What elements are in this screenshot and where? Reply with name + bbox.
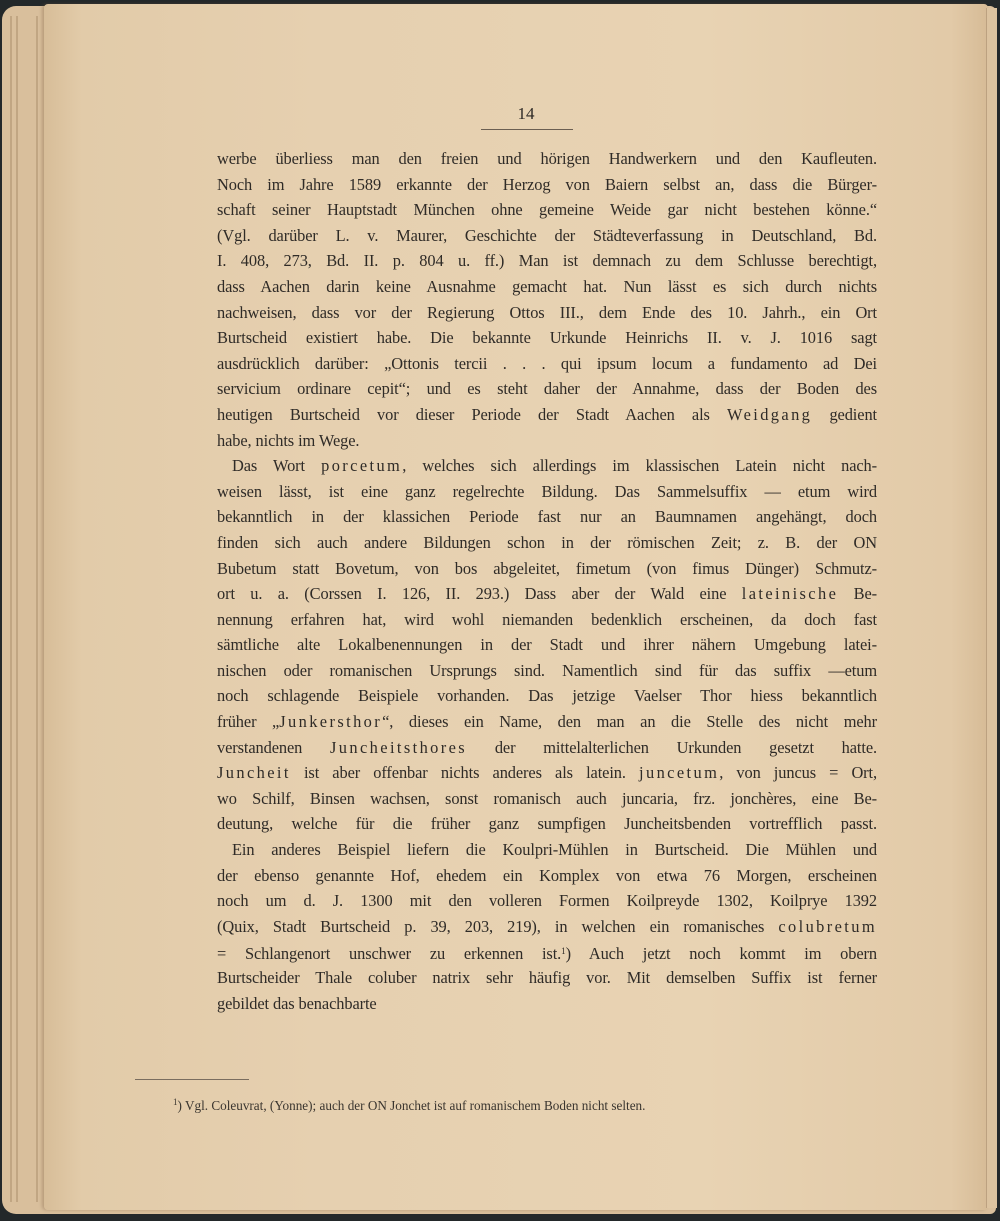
text-line: noch schlagende Beispiele vorhanden. Das… [217,683,877,709]
text-line: nachweisen, dass vor der Regierung Ottos… [217,300,877,326]
text-line: Noch im Jahre 1589 erkannte der Herzog v… [217,172,877,198]
spaced-word: Junkersthor [279,712,382,731]
text-line: deutung, welche für die früher ganz sump… [217,811,877,837]
text-line: werbe überliess man den freien und hörig… [217,146,877,172]
text-line: finden sich auch andere Bildungen schon … [217,530,877,556]
text-segment: ort u. a. (Corssen I. 126, II. 293.) Das… [217,584,726,603]
spaced-word: juncetum [639,763,719,782]
text-line: der ebenso genannte Hof, ehedem ein Komp… [217,863,877,889]
text-line: servicium ordinare cepit“; und es steht … [217,376,877,402]
text-line: ausdrücklich darüber: „Ottonis tercii . … [217,351,877,377]
text-segment: gedient [812,405,877,424]
paragraph-start: Das Wort porcetum, welches sich allerdin… [217,453,877,479]
text-segment: = Schlangenort unschwer zu erkennen ist. [217,944,561,963]
text-line: I. 408, 273, Bd. II. p. 804 u. ff.) Man … [217,248,877,274]
text-line: Burtscheid existiert habe. Die bekannte … [217,325,877,351]
text-line: ort u. a. (Corssen I. 126, II. 293.) Das… [217,581,877,607]
text-line: schaft seiner Hauptstadt München ohne ge… [217,197,877,223]
page-edge [10,16,12,1202]
text-segment: verstandenen [217,738,302,757]
text-line: dass Aachen darin keine Ausnahme gemacht… [217,274,877,300]
spaced-word: porcetum [321,456,402,475]
text-segment: ) Auch jetzt noch kommt im obern [566,944,877,963]
text-line: gebildet das benachbarte [217,991,877,1017]
text-line: verstandenen Juncheitsthores der mittela… [217,735,877,761]
page-number-rule [481,129,573,130]
page-edge [36,16,38,1202]
text-segment: , von juncus = Ort, [719,763,877,782]
text-line: (Vgl. darüber L. v. Maurer, Geschichte d… [217,223,877,249]
text-segment: “, dieses ein Name, den man an die Stell… [382,712,877,731]
text-line: Burtscheider Thale coluber natrix sehr h… [217,965,877,991]
spaced-word: lateinische [742,584,838,603]
text-line: heutigen Burtscheid vor dieser Periode d… [217,402,877,428]
footnote-rule [135,1079,249,1080]
text-line: nischen oder romanischen Ursprungs sind.… [217,658,877,684]
text-line: noch um d. J. 1300 mit den volleren Form… [217,888,877,914]
text-line: Juncheit ist aber offenbar nichts andere… [217,760,877,786]
text-segment: Be- [838,584,877,603]
text-segment: heutigen Burtscheid vor dieser Periode d… [217,405,710,424]
text-segment: , welches sich allerdings im klassischen… [402,456,877,475]
page-edge [16,16,18,1202]
spaced-word: Juncheit [217,763,291,782]
spaced-word: colubretum [778,917,877,936]
text-line: wo Schilf, Binsen wachsen, sonst romanis… [217,786,877,812]
text-segment: (Quix, Stadt Burtscheid p. 39, 203, 219)… [217,917,764,936]
text-segment: Das Wort [232,456,305,475]
text-segment: ist aber offenbar nichts anderes als lat… [291,763,626,782]
text-line: (Quix, Stadt Burtscheid p. 39, 203, 219)… [217,914,877,940]
text-segment: der mittelalterlichen Urkunden gesetzt h… [467,738,877,757]
spaced-word: Weidgang [727,405,812,424]
text-line: sämtliche alte Lokalbenennungen in der S… [217,632,877,658]
text-line: Bubetum statt Bovetum, von bos abgeleite… [217,556,877,582]
text-line: weisen lässt, ist eine ganz regelrechte … [217,479,877,505]
text-segment: früher „ [217,712,279,731]
footnote-text: ) Vgl. Coleuvrat, (Yonne); auch der ON J… [178,1098,646,1113]
text-line: früher „Junkersthor“, dieses ein Name, d… [217,709,877,735]
text-line: nennung erfahren hat, wird wohl niemande… [217,607,877,633]
spaced-word: Juncheitsthores [330,738,467,757]
text-line: bekanntlich in der klassichen Periode fa… [217,504,877,530]
page-number: 14 [480,104,572,124]
text-line: = Schlangenort unschwer zu erkennen ist.… [217,939,877,965]
text-line: habe, nichts im Wege. [217,428,877,454]
body-text: werbe überliess man den freien und hörig… [217,146,877,1016]
paragraph-start: Ein anderes Beispiel liefern die Koulpri… [217,837,877,863]
footnote: 1) Vgl. Coleuvrat, (Yonne); auch der ON … [173,1097,813,1114]
page-right-edge [986,8,997,1208]
